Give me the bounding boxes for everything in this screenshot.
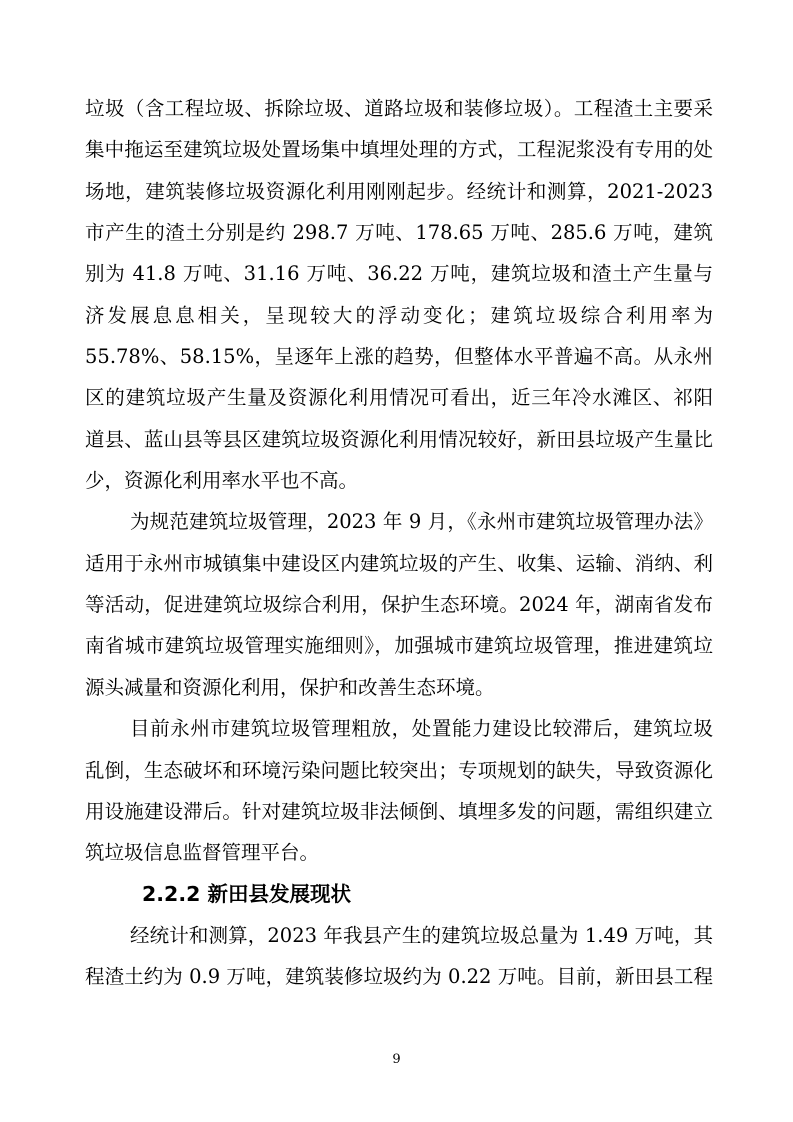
text-line: 乱倒，生态破坏和环境污染问题比较突出；专项规划的缺失，导致资源化利 <box>85 750 713 791</box>
text-line: 集中拖运至建筑垃圾处置场集中填埋处理的方式，工程泥浆没有专用的处置 <box>85 129 713 170</box>
text-line: 少，资源化利用率水平也不高。 <box>85 460 713 501</box>
text-line: 目前永州市建筑垃圾管理粗放，处置能力建设比较滞后，建筑垃圾混堆 <box>85 708 713 749</box>
text-line: 市产生的渣土分别是约 298.7 万吨、178.65 万吨、285.6 万吨，建… <box>85 212 713 253</box>
text-line: 道县、蓝山县等县区建筑垃圾资源化利用情况较好，新田县垃圾产生量比较 <box>85 419 713 460</box>
paragraph: 为规范建筑垃圾管理，2023 年 9 月，《永州市建筑垃圾管理办法》出台， 适用… <box>85 501 713 708</box>
text-line: 场地，建筑装修垃圾资源化利用刚刚起步。经统计和测算，2021-2023 年我 <box>85 171 713 212</box>
text-line: 源头减量和资源化利用，保护和改善生态环境。 <box>85 667 713 708</box>
document-page: 垃圾（含工程垃圾、拆除垃圾、道路垃圾和装修垃圾）。工程渣土主要采取 集中拖运至建… <box>0 0 793 1122</box>
text-line: 区的建筑垃圾产生量及资源化利用情况可看出，近三年冷水滩区、祁阳市、 <box>85 377 713 418</box>
text-line: 55.78%、58.15%，呈逐年上涨的趋势，但整体水平普遍不高。从永州市各县 <box>85 336 713 377</box>
text-line: 程渣土约为 0.9 万吨，建筑装修垃圾约为 0.22 万吨。目前，新田县工程渣 <box>85 956 713 997</box>
section-heading: 2.2.2 新田县发展现状 <box>85 874 713 915</box>
page-number: 9 <box>0 1052 793 1067</box>
text-line: 南省城市建筑垃圾管理实施细则》，加强城市建筑垃圾管理，推进建筑垃圾 <box>85 625 713 666</box>
paragraph: 经统计和测算，2023 年我县产生的建筑垃圾总量为 1.49 万吨，其中工 程渣… <box>85 915 713 998</box>
text-line: 垃圾（含工程垃圾、拆除垃圾、道路垃圾和装修垃圾）。工程渣土主要采取 <box>85 88 713 129</box>
paragraph: 垃圾（含工程垃圾、拆除垃圾、道路垃圾和装修垃圾）。工程渣土主要采取 集中拖运至建… <box>85 88 713 501</box>
text-line: 别为 41.8 万吨、31.16 万吨、36.22 万吨，建筑垃圾和渣土产生量与… <box>85 253 713 294</box>
document-body: 垃圾（含工程垃圾、拆除垃圾、道路垃圾和装修垃圾）。工程渣土主要采取 集中拖运至建… <box>85 88 713 998</box>
text-line: 为规范建筑垃圾管理，2023 年 9 月，《永州市建筑垃圾管理办法》出台， <box>85 501 713 542</box>
text-line: 适用于永州市城镇集中建设区内建筑垃圾的产生、收集、运输、消纳、利用 <box>85 543 713 584</box>
text-line: 经统计和测算，2023 年我县产生的建筑垃圾总量为 1.49 万吨，其中工 <box>85 915 713 956</box>
text-line: 用设施建设滞后。针对建筑垃圾非法倾倒、填埋多发的问题，需组织建立建 <box>85 791 713 832</box>
text-line: 筑垃圾信息监督管理平台。 <box>85 832 713 873</box>
text-line: 济发展息息相关，呈现较大的浮动变化；建筑垃圾综合利用率为 52.54%、 <box>85 295 713 336</box>
paragraph: 目前永州市建筑垃圾管理粗放，处置能力建设比较滞后，建筑垃圾混堆 乱倒，生态破坏和… <box>85 708 713 873</box>
text-line: 等活动，促进建筑垃圾综合利用，保护生态环境。2024 年，湖南省发布《湖 <box>85 584 713 625</box>
